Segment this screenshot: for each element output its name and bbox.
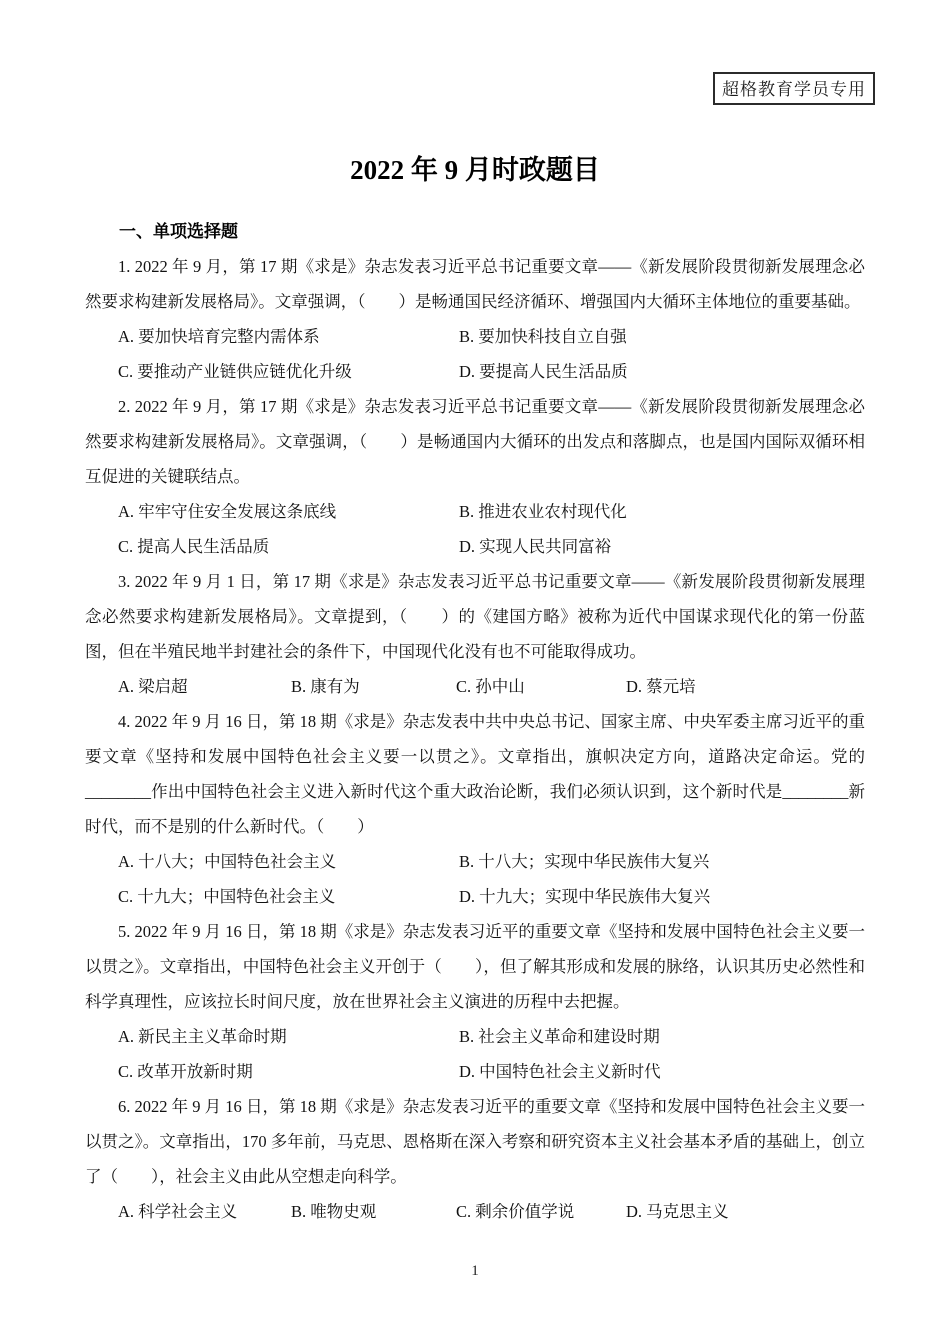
option-a: A. 梁启超 [118,669,291,704]
option-d: D. 马克思主义 [626,1194,865,1229]
option-a: A. 新民主主义革命时期 [118,1019,459,1054]
option-b: B. 十八大；实现中华民族伟大复兴 [459,844,865,879]
option-c: C. 剩余价值学说 [456,1194,626,1229]
question-text: 1. 2022 年 9 月，第 17 期《求是》杂志发表习近平总书记重要文章——… [85,249,865,319]
option-d: D. 要提高人民生活品质 [459,354,865,389]
option-b: B. 康有为 [291,669,456,704]
option-b: B. 要加快科技自立自强 [459,319,865,354]
option-b: B. 唯物史观 [291,1194,456,1229]
option-a: A. 牢牢守住安全发展这条底线 [118,494,459,529]
question-block-1: 1. 2022 年 9 月，第 17 期《求是》杂志发表习近平总书记重要文章——… [85,249,865,389]
option-a: A. 十八大；中国特色社会主义 [118,844,459,879]
option-b: B. 社会主义革命和建设时期 [459,1019,865,1054]
question-options: A. 牢牢守住安全发展这条底线 B. 推进农业农村现代化 C. 提高人民生活品质… [85,494,865,564]
question-options: A. 新民主主义革命时期 B. 社会主义革命和建设时期 C. 改革开放新时期 D… [85,1019,865,1089]
option-c: C. 改革开放新时期 [118,1054,459,1089]
option-c: C. 要推动产业链供应链优化升级 [118,354,459,389]
question-text: 2. 2022 年 9 月，第 17 期《求是》杂志发表习近平总书记重要文章——… [85,389,865,494]
option-c: C. 提高人民生活品质 [118,529,459,564]
option-b: B. 推进农业农村现代化 [459,494,865,529]
page-number: 1 [0,1263,950,1280]
option-c: C. 十九大；中国特色社会主义 [118,879,459,914]
question-options: A. 十八大；中国特色社会主义 B. 十八大；实现中华民族伟大复兴 C. 十九大… [85,844,865,914]
option-a: A. 科学社会主义 [118,1194,291,1229]
question-block-2: 2. 2022 年 9 月，第 17 期《求是》杂志发表习近平总书记重要文章——… [85,389,865,564]
question-block-6: 6. 2022 年 9 月 16 日，第 18 期《求是》杂志发表习近平的重要文… [85,1089,865,1229]
question-text: 3. 2022 年 9 月 1 日，第 17 期《求是》杂志发表习近平总书记重要… [85,564,865,669]
question-text: 4. 2022 年 9 月 16 日，第 18 期《求是》杂志发表中共中央总书记… [85,704,865,844]
question-options: A. 科学社会主义 B. 唯物史观 C. 剩余价值学说 D. 马克思主义 [85,1194,865,1229]
question-block-4: 4. 2022 年 9 月 16 日，第 18 期《求是》杂志发表中共中央总书记… [85,704,865,914]
option-d: D. 十九大；实现中华民族伟大复兴 [459,879,865,914]
question-block-3: 3. 2022 年 9 月 1 日，第 17 期《求是》杂志发表习近平总书记重要… [85,564,865,704]
option-d: D. 蔡元培 [626,669,865,704]
question-text: 5. 2022 年 9 月 16 日，第 18 期《求是》杂志发表习近平的重要文… [85,914,865,1019]
question-options: A. 梁启超 B. 康有为 C. 孙中山 D. 蔡元培 [85,669,865,704]
document-page: 超格教育学员专用 2022 年 9 月时政题目 一、单项选择题 1. 2022 … [0,0,950,1344]
section-heading: 一、单项选择题 [85,214,865,249]
option-d: D. 中国特色社会主义新时代 [459,1054,865,1089]
stamp-badge: 超格教育学员专用 [713,72,875,105]
option-a: A. 要加快培育完整内需体系 [118,319,459,354]
question-text: 6. 2022 年 9 月 16 日，第 18 期《求是》杂志发表习近平的重要文… [85,1089,865,1194]
option-d: D. 实现人民共同富裕 [459,529,865,564]
question-options: A. 要加快培育完整内需体系 B. 要加快科技自立自强 C. 要推动产业链供应链… [85,319,865,389]
option-c: C. 孙中山 [456,669,626,704]
question-block-5: 5. 2022 年 9 月 16 日，第 18 期《求是》杂志发表习近平的重要文… [85,914,865,1089]
